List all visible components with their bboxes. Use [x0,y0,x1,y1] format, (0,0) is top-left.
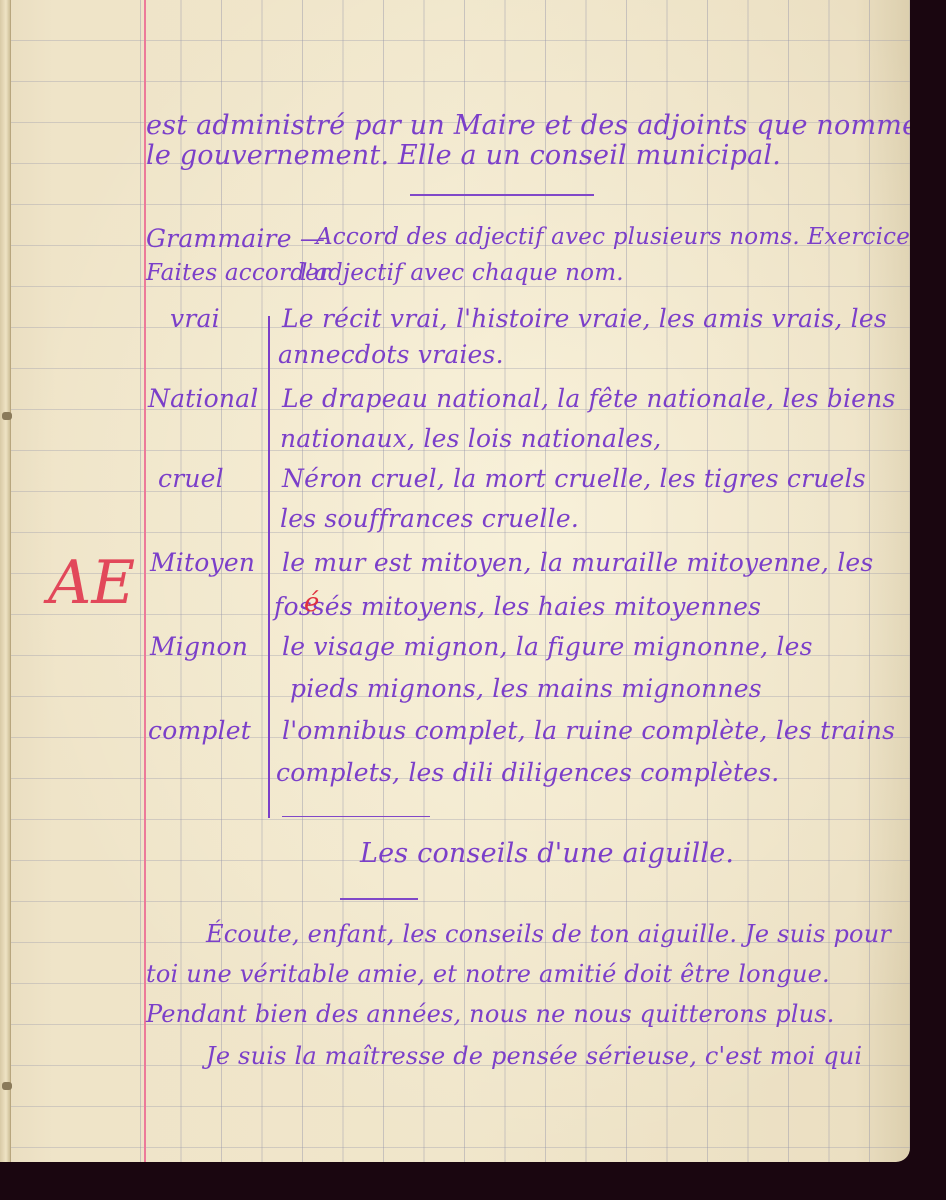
intro-line-1: est administré par un Maire et des adjoi… [146,112,910,139]
example-line: nationaux, les lois nationales, [280,426,661,451]
notebook-binding [0,0,11,1162]
intro-line-2: le gouvernement. Elle a un conseil munic… [146,142,781,169]
example-line: Le récit vrai, l'histoire vraie, les ami… [282,306,887,331]
grammar-label: Grammaire — [146,226,325,251]
dictation-title: Les conseils d'une aiguille. [360,840,734,867]
example-line: l'omnibus complet, la ruine complète, le… [282,718,895,743]
binding-stitch [2,1082,12,1090]
adjective-complet: complet [148,718,251,743]
instruction-text: l'adjectif avec chaque nom. [300,262,624,285]
adjective-national: National [148,386,258,411]
adjective-mignon: Mignon [150,634,248,659]
notebook-page: est administré par un Maire et des adjoi… [0,0,910,1162]
example-line: Le drapeau national, la fête nationale, … [282,386,896,411]
table-bottom-rule [282,816,430,817]
example-line: complets, les dili diligences complètes. [276,760,779,785]
paragraph-line: Pendant bien des années, nous ne nous qu… [146,1002,835,1026]
adjective-cruel: cruel [158,466,224,491]
section-divider [410,194,594,196]
example-line: pieds mignons, les mains mignonnes [290,676,762,701]
example-line: Néron cruel, la mort cruelle, les tigres… [282,466,866,491]
teacher-initials-mark: AE [48,548,135,618]
binding-stitch [2,412,12,420]
example-line: les souffrances cruelle. [280,506,579,531]
paragraph-line: toi une véritable amie, et notre amitié … [146,962,830,986]
table-bracket [268,316,270,818]
example-line: annecdots vraies. [278,342,504,367]
adjective-mitoyen: Mitoyen [150,550,255,575]
adjective-vrai: vrai [170,306,220,331]
example-line: le visage mignon, la figure mignonne, le… [282,634,813,659]
example-line: le mur est mitoyen, la muraille mitoyenn… [282,550,873,575]
example-line: fossés mitoyens, les haies mitoyennes [274,594,761,619]
title-divider [340,898,418,900]
red-correction-mark: é [304,588,319,618]
paragraph-line: Je suis la maîtresse de pensée sérieuse,… [206,1044,862,1068]
grammar-heading: Accord des adjectif avec plusieurs noms.… [316,226,910,249]
paragraph-line: Écoute, enfant, les conseils de ton aigu… [206,922,891,946]
